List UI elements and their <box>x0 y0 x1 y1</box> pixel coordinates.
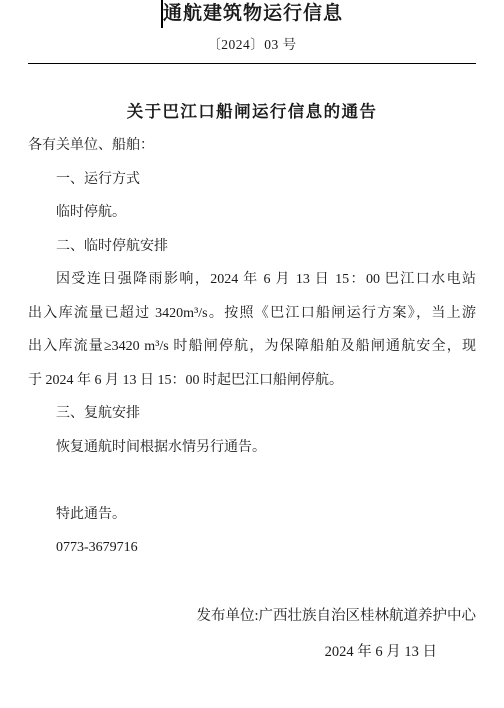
document-header: 通航建筑物运行信息 〔2024〕03 号 <box>28 0 476 64</box>
section-2-paragraph-line: 出入库流量已超过 3420m³/s。按照《巴江口船闸运行方案》，当上游 <box>28 297 476 331</box>
section-1-heading: 一、运行方式 <box>28 163 476 197</box>
section-3-text: 恢复通航时间根据水情另行通告。 <box>28 431 476 465</box>
section-1-text: 临时停航。 <box>28 196 476 230</box>
notice-document-page: 通航建筑物运行信息 〔2024〕03 号 关于巴江口船闸运行信息的通告 各有关单… <box>0 0 504 708</box>
doc-number: 〔2024〕03 号 <box>28 36 476 54</box>
notice-body: 各有关单位、船舶： 一、运行方式 临时停航。 二、临时停航安排 因受连日强降雨影… <box>28 129 476 565</box>
section-2-paragraph-line: 出入库流量≥3420 m³/s 时船闸停航，为保障船舶及船闸通航安全，现 <box>28 330 476 364</box>
contact-phone: 0773-3679716 <box>28 531 476 565</box>
salutation: 各有关单位、船舶： <box>28 129 476 163</box>
document-footer: 发布单位:广西壮族自治区桂林航道养护中心 2024 年 6 月 13 日 <box>28 600 476 670</box>
closing-statement: 特此通告。 <box>28 498 476 532</box>
notice-title: 关于巴江口船闸运行信息的通告 <box>28 100 476 124</box>
masthead: 通航建筑物运行信息 <box>28 0 476 28</box>
header-divider <box>28 63 476 64</box>
publisher-line: 发布单位:广西壮族自治区桂林航道养护中心 <box>28 600 476 634</box>
masthead-title: 通航建筑物运行信息 <box>163 0 343 28</box>
section-2-heading: 二、临时停航安排 <box>28 230 476 264</box>
section-3-heading: 三、复航安排 <box>28 397 476 431</box>
section-2-paragraph-line: 于 2024 年 6 月 13 日 15：00 时起巴江口船闸停航。 <box>28 364 476 398</box>
section-2-paragraph-line: 因受连日强降雨影响，2024 年 6 月 13 日 15：00 巴江口水电站 <box>28 263 476 297</box>
date-line: 2024 年 6 月 13 日 <box>28 636 476 670</box>
